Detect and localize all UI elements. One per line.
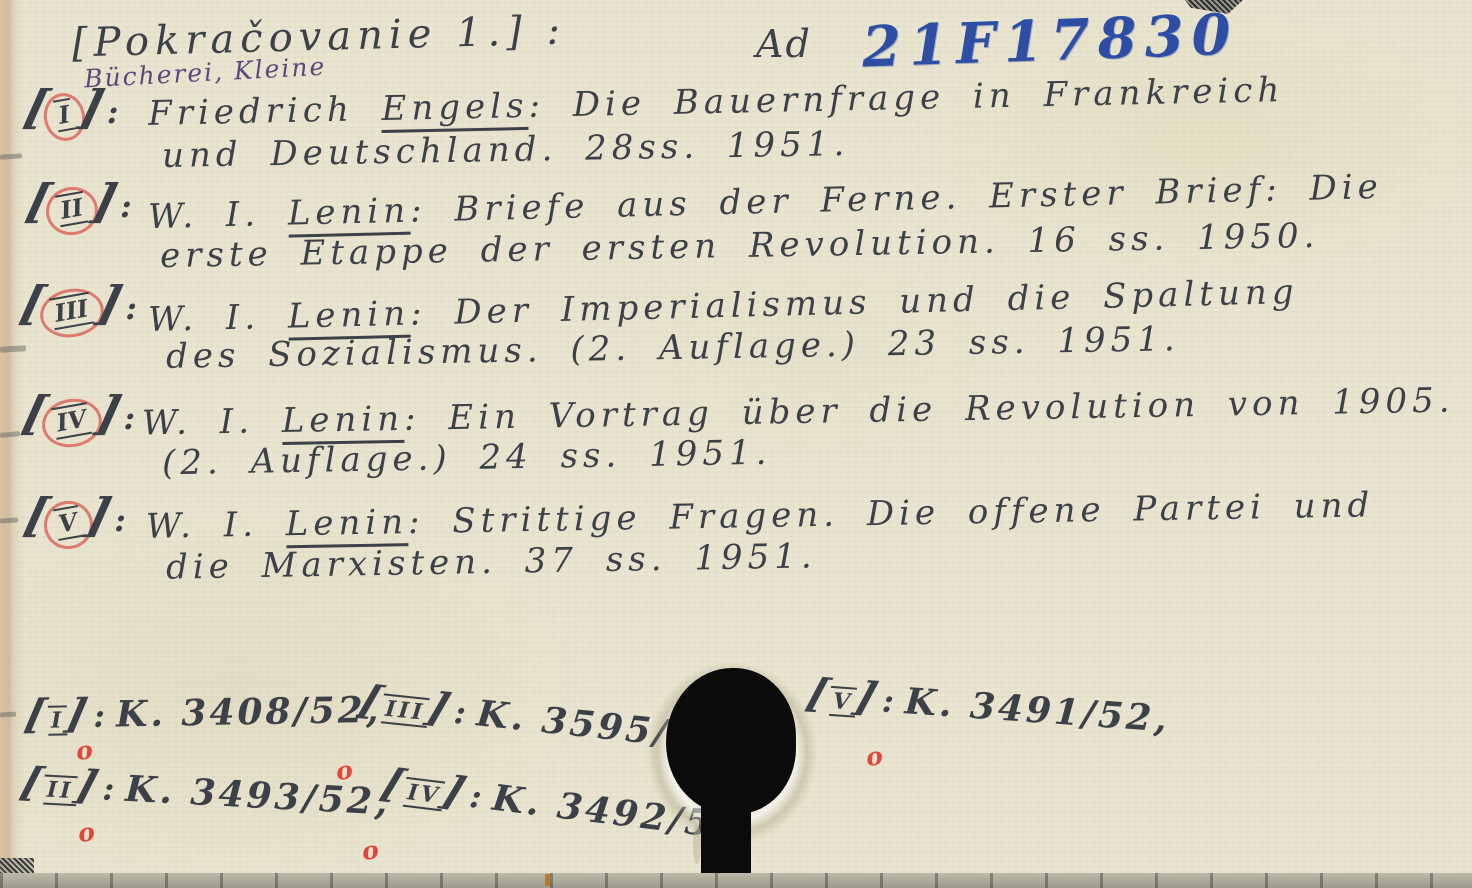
- entry-numeral: II: [55, 191, 89, 228]
- entry-marker-1: [I]:: [26, 84, 119, 141]
- entry-marker-2: [II]:: [28, 178, 132, 235]
- entry-title: : Ein Vortrag über die Revolution von 19…: [404, 381, 1455, 439]
- right-bracket: ]: [850, 677, 885, 718]
- entry-author-underlined: Engels: [381, 86, 529, 133]
- entry-author-underlined: Lenin: [287, 191, 410, 238]
- colon: :: [881, 682, 898, 721]
- colon: :: [107, 93, 119, 131]
- red-o-mark: o: [334, 757, 354, 784]
- colon: :: [123, 399, 135, 437]
- entry-4-line-1: W. I. Lenin: Ein Vortrag über die Revolu…: [142, 381, 1455, 444]
- colon: :: [114, 501, 126, 539]
- colon: :: [125, 289, 137, 327]
- entry-1-line-2: und Deutschland. 28ss. 1951.: [162, 124, 850, 176]
- entry-numeral: V: [53, 505, 83, 541]
- shelfmark-value: K. 3491/52,: [904, 680, 1172, 740]
- red-o-mark: o: [360, 837, 380, 864]
- pencil-smudge: [0, 153, 22, 160]
- corner-hatch: [0, 858, 34, 874]
- colon: :: [120, 187, 132, 225]
- entry-numeral: I: [53, 98, 76, 133]
- colon: :: [93, 697, 108, 735]
- colon: :: [452, 693, 471, 732]
- shelfmark-V: [V]:K. 3491/52,: [807, 673, 1171, 740]
- right-bracket: ]: [83, 492, 116, 538]
- right-bracket: ]: [75, 84, 108, 130]
- shelfmark-value: K. 3408/52,: [116, 689, 382, 736]
- entry-author-underlined: Lenin: [281, 399, 404, 445]
- entry-numeral: III: [49, 292, 94, 331]
- colon: :: [102, 770, 119, 809]
- pencil-smudge: [0, 345, 26, 352]
- shelfmark-I: [I]:K. 3408/52,: [26, 689, 382, 737]
- entry-author-pre: W. I.: [142, 401, 282, 443]
- entry-author-underlined: Lenin: [285, 502, 408, 548]
- entry-marker-3: [III]:: [22, 280, 137, 337]
- edge-tick: [545, 874, 550, 886]
- right-bracket: ]: [92, 390, 125, 436]
- entry-numeral: IV: [51, 402, 92, 440]
- right-bracket: ]: [63, 694, 94, 735]
- pencil-smudge: [0, 712, 16, 718]
- entry-author-pre: Friedrich: [148, 89, 382, 134]
- right-bracket: ]: [71, 765, 105, 806]
- catalog-card-scan: [Pokračovanie 1.] : Bücherei, Kleine Ad …: [0, 0, 1472, 888]
- entry-title: : Strittige Fragen. Die offene Partei un…: [408, 485, 1375, 542]
- accession-number: 21F17830: [861, 1, 1240, 80]
- accession-prefix: Ad: [756, 22, 812, 66]
- right-bracket: ]: [88, 178, 121, 224]
- red-o-mark: o: [76, 819, 96, 846]
- entry-author-pre: W. I.: [148, 194, 289, 237]
- right-bracket: ]: [94, 280, 127, 326]
- entry-title: : Die Bauernfrage in Frankreich: [528, 70, 1285, 126]
- colon: :: [468, 777, 487, 817]
- red-o-mark: o: [74, 737, 94, 764]
- scan-bottom-edge: [0, 873, 1472, 888]
- pencil-smudge: [0, 517, 18, 523]
- entry-marker-5: [V]:: [26, 492, 126, 549]
- entry-author-pre: W. I.: [148, 297, 289, 340]
- entry-marker-4: [IV]:: [24, 390, 135, 447]
- red-o-mark: o: [864, 743, 884, 770]
- entry-author-pre: W. I.: [146, 504, 286, 546]
